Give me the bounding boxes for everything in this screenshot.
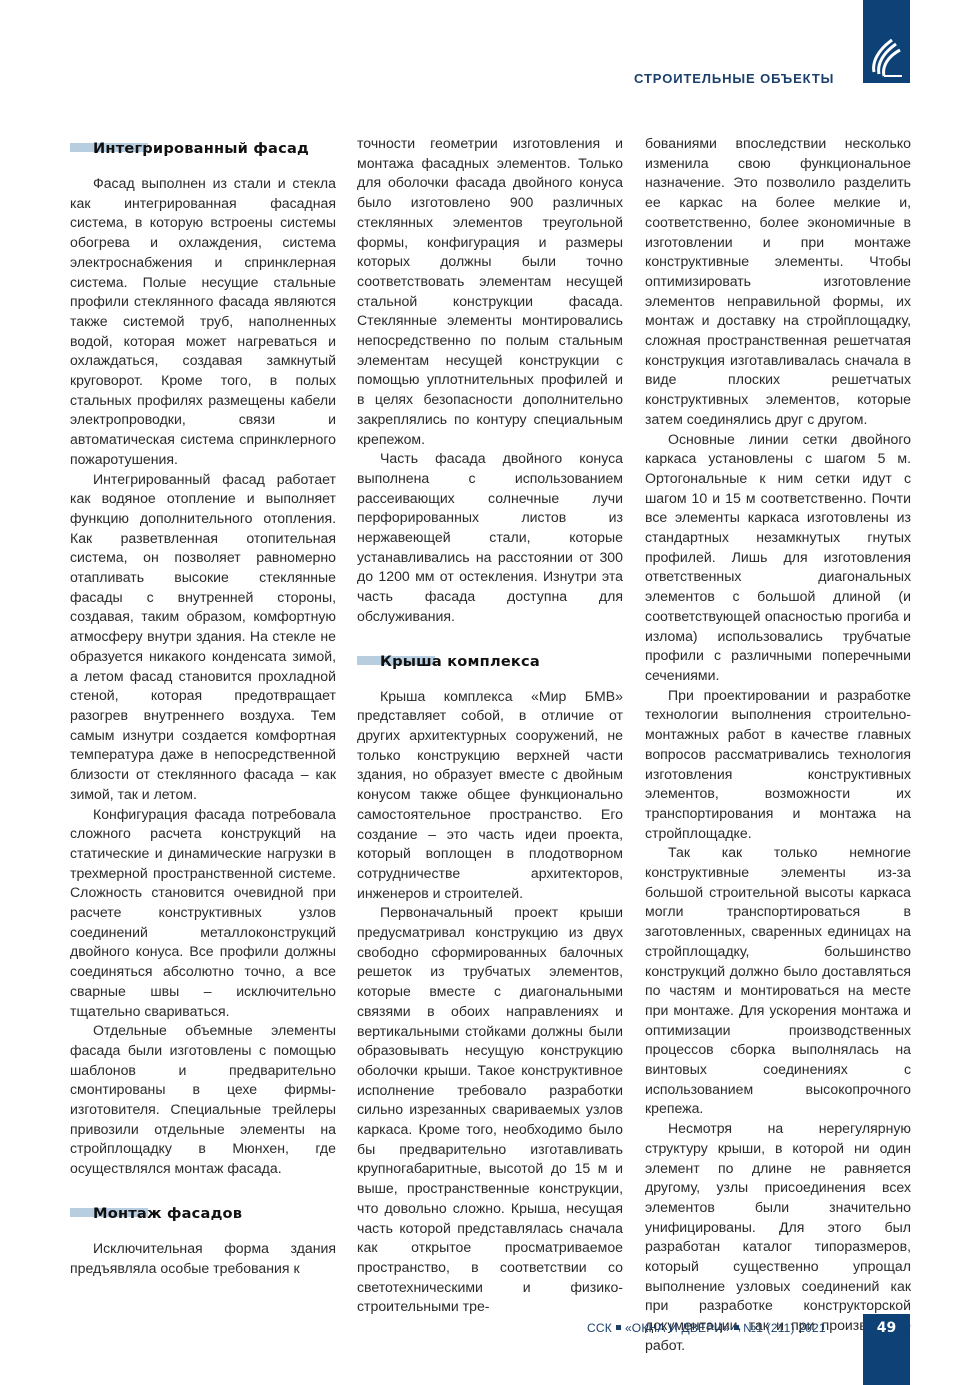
paragraph: Часть фасада двойного конуса выполнена с…: [357, 449, 623, 626]
footer-magazine: «ОКНА И ДВЕРИ»: [625, 1321, 730, 1335]
section-heading: Интегрированный фасад: [70, 140, 336, 160]
heading-text: Монтаж фасадов: [93, 1204, 242, 1224]
footer-publisher: ССК: [587, 1321, 612, 1335]
paragraph: При проектировании и разработке технолог…: [645, 686, 911, 844]
section-heading: Монтаж фасадов: [70, 1205, 336, 1225]
paragraph: бованиями впоследствии несколько изменил…: [645, 134, 911, 430]
page-number-tab: 49: [863, 1314, 910, 1385]
paragraph: Отдельные объемные элементы фасада были …: [70, 1021, 336, 1179]
section-heading: Крыша комплекса: [357, 653, 623, 673]
column-2: точности геометрии изготовления и монтаж…: [357, 134, 623, 1317]
footer-publication: ССК«ОКНА И ДВЕРИ»№1 (211) 2021: [587, 1321, 826, 1335]
paragraph: Крыша комплекса «Мир БМВ» представляет с…: [357, 687, 623, 904]
heading-text: Крыша комплекса: [380, 652, 540, 672]
section-label: СТРОИТЕЛЬНЫЕ ОБЪЕКТЫ: [634, 71, 834, 86]
paragraph: Исключительная форма здания предъявляла …: [70, 1239, 336, 1278]
paragraph: точности геометрии изготовления и монтаж…: [357, 134, 623, 449]
paragraph: Основные линии сетки двойного каркаса ус…: [645, 430, 911, 686]
square-bullet-icon: [616, 1325, 621, 1330]
column-1: Интегрированный фасад Фасад выполнен из …: [70, 134, 336, 1278]
column-3: бованиями впоследствии несколько изменил…: [645, 134, 911, 1356]
paragraph: Первоначальный проект крыши предусматрив…: [357, 903, 623, 1317]
paragraph: Интегрированный фасад работает как водян…: [70, 470, 336, 805]
paragraph: Конфигурация фасада потребовала сложного…: [70, 805, 336, 1022]
page-number: 49: [863, 1320, 910, 1336]
square-bullet-icon: [734, 1325, 739, 1330]
magazine-logo-icon: [868, 34, 904, 80]
paragraph: Фасад выполнен из стали и стекла как инт…: [70, 174, 336, 470]
footer-issue: №1 (211) 2021: [743, 1321, 826, 1335]
header-tab: [863, 0, 910, 83]
paragraph: Так как только немногие конструктивные э…: [645, 843, 911, 1119]
heading-text: Интегрированный фасад: [93, 139, 309, 159]
